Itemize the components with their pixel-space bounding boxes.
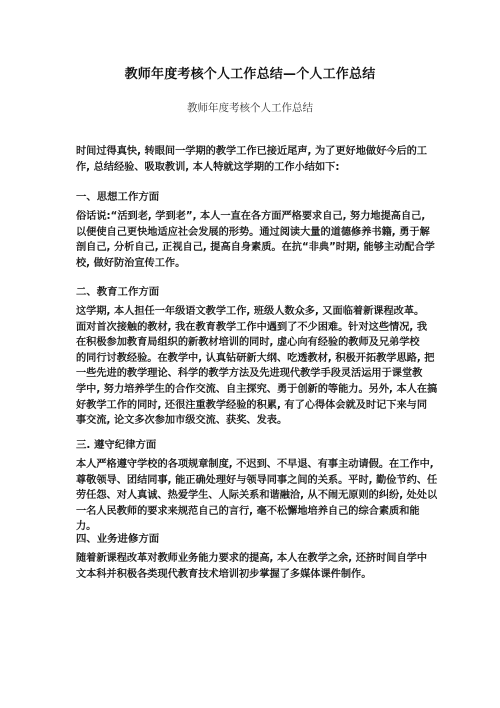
paragraph-line: 随着新课程改革对教师业务能力要求的提高, 本人在教学之余, 还挤时间自学中 (76, 551, 424, 567)
paragraph-line: 校, 做好防治宣传工作。 (76, 256, 424, 272)
section-heading-discipline: 三. 遵守纪律方面 (76, 436, 156, 451)
section-heading-thought: 一、思想工作方面 (76, 188, 159, 203)
paragraph-line: 学中, 努力培养学生的合作交流、自主探究、勇于创新的等能力。另外, 本人在搞 (76, 382, 424, 398)
paragraph-line: 文本科并积极各类现代教育技术培训初步掌握了多媒体课件制作。 (76, 567, 424, 583)
paragraph-line: 以便使自己更快地适应社会发展的形势。通过阅读大量的道德修养书籍, 勇于解 (76, 225, 424, 241)
paragraph-line: 在积极参加教育局组织的新教材培训的同时, 虚心向有经验的教师及兄弟学校 (76, 335, 424, 351)
section-paragraph-thought: 俗话说:“活到老, 学到老”, 本人一直在各方面严格要求自己, 努力地提高自己,… (76, 209, 424, 271)
paragraph-line: 事交流, 论文多次参加市级交流、获奖、发表。 (76, 413, 424, 429)
section-paragraph-education: 这学期, 本人担任一年级语文教学工作, 班级人数众多, 又面临着新课程改革。 面… (76, 304, 424, 429)
paragraph-line: 剖自己, 分析自己, 正视自己, 提高自身素质。在抗“非典”时期, 能够主动配合… (76, 240, 424, 256)
paragraph-line: 俗话说:“活到老, 学到老”, 本人一直在各方面严格要求自己, 努力地提高自己, (76, 209, 424, 225)
section-paragraph-professional-study: 随着新课程改革对教师业务能力要求的提高, 本人在教学之余, 还挤时间自学中 文本… (76, 551, 424, 582)
section-heading-professional-study: 四、业务进修方面 (76, 530, 159, 545)
paragraph-line: 尊敬领导、团结同事, 能正确处理好与领导同事之间的关系。平时, 勤俭节约、任 (76, 473, 424, 489)
paragraph-line: 好教学工作的同时, 还很注重教学经验的积累, 有了心得体会就及时记下来与同 (76, 398, 424, 414)
document-page: 教师年度考核个人工作总结—个人工作总结 教师年度考核个人工作总结 时间过得真快,… (0, 0, 500, 708)
paragraph-line: 劳任怨、对人真诚、热爱学生、人际关系和谐融洽, 从不闹无原则的纠纷, 处处以 (76, 488, 424, 504)
paragraph-line: 面对首次接触的教材, 我在教育教学工作中遇到了不少困难。针对这些情况, 我 (76, 320, 424, 336)
paragraph-line: 这学期, 本人担任一年级语文教学工作, 班级人数众多, 又面临着新课程改革。 (76, 304, 424, 320)
paragraph-line: 作, 总结经验、吸取教训, 本人特就这学期的工作小结如下: (76, 160, 424, 176)
paragraph-line: 时间过得真快, 转眼间一学期的教学工作已接近尾声, 为了更好地做好今后的工 (76, 144, 424, 160)
document-title: 教师年度考核个人工作总结—个人工作总结 (0, 63, 500, 82)
paragraph-line: 一些先进的教学理论、科学的教学方法及先进现代教学手段灵活运用于课堂教 (76, 366, 424, 382)
section-paragraph-discipline: 本人严格遵守学校的各项规章制度, 不迟到、不早退、有事主动请假。在工作中, 尊敬… (76, 457, 424, 535)
paragraph-line: 一名人民教师的要求来规范自己的言行, 毫不松懈地培养自己的综合素质和能 (76, 504, 424, 520)
section-heading-education: 二、教育工作方面 (76, 283, 159, 298)
document-subtitle: 教师年度考核个人工作总结 (0, 100, 500, 115)
intro-paragraph: 时间过得真快, 转眼间一学期的教学工作已接近尾声, 为了更好地做好今后的工 作,… (76, 144, 424, 175)
paragraph-line: 的同行讨教经验。在教学中, 认真钻研新大纲、吃透教材, 积极开拓教学思路, 把 (76, 351, 424, 367)
paragraph-line: 本人严格遵守学校的各项规章制度, 不迟到、不早退、有事主动请假。在工作中, (76, 457, 424, 473)
